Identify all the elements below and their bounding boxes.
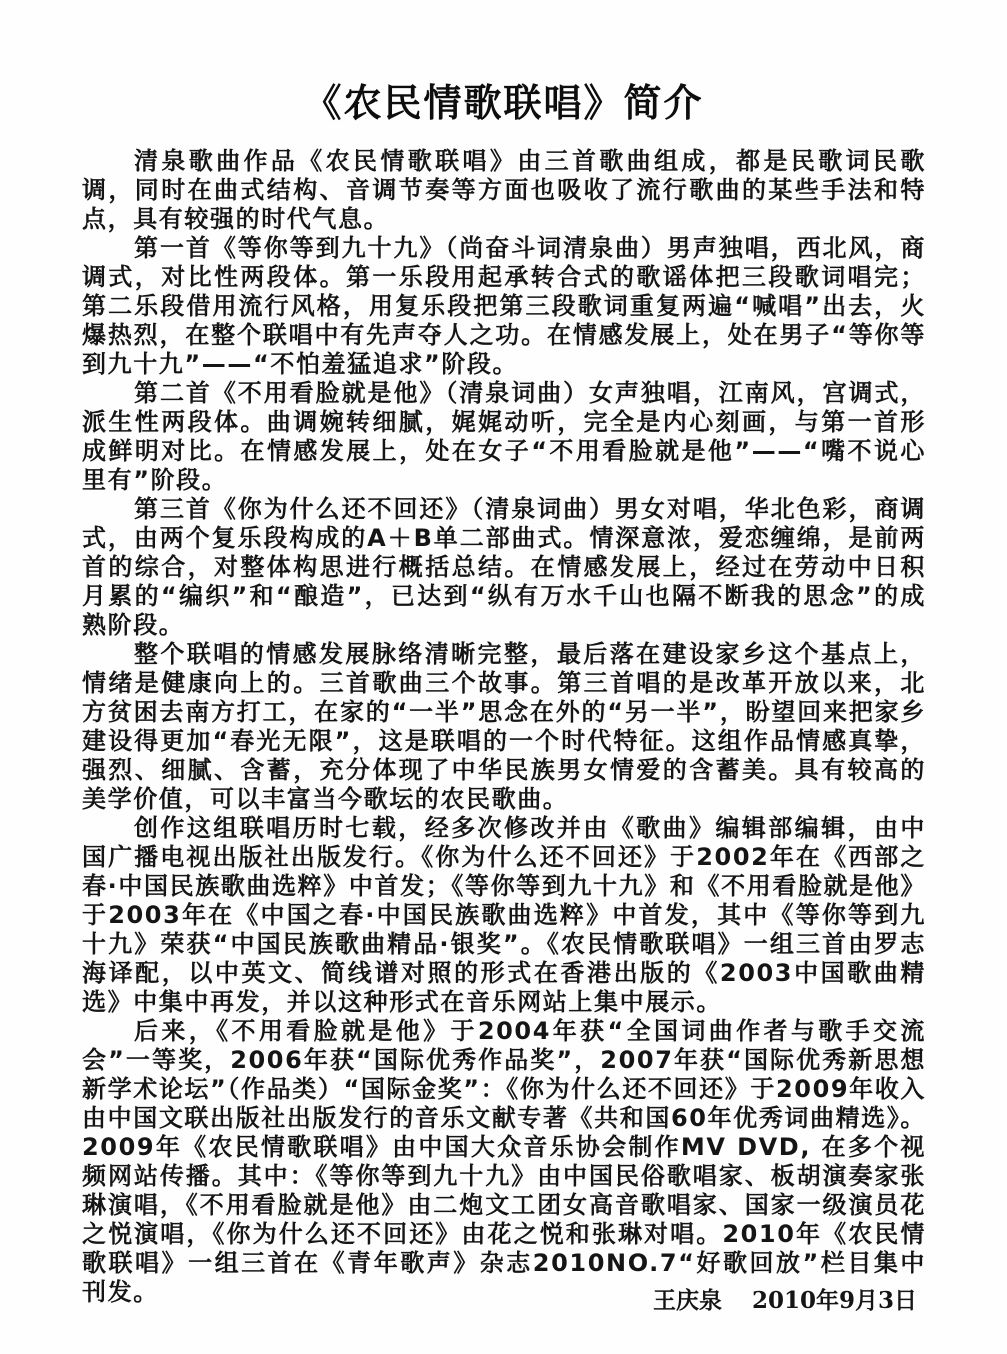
document-body: 清泉歌曲作品《农民情歌联唱》由三首歌曲组成，都是民歌词民歌调，同时在曲式结构、音…: [82, 147, 926, 1307]
paragraph-awards: 后来，《不用看脸就是他》于2004年获“全国词曲作者与歌手交流会”一等奖，200…: [82, 1017, 926, 1307]
paragraph-intro: 清泉歌曲作品《农民情歌联唱》由三首歌曲组成，都是民歌词民歌调，同时在曲式结构、音…: [82, 147, 926, 234]
paragraph-song-three: 第三首《你为什么还不回还》（清泉词曲）男女对唱，华北色彩，商调式，由两个复乐段构…: [82, 495, 926, 640]
signature-date: 2010年9月3日: [752, 1287, 917, 1314]
signature: 王庆泉2010年9月3日: [653, 1286, 917, 1315]
paragraph-song-two: 第二首《不用看脸就是他》（清泉词曲）女声独唱，江南风，宫调式，派生性两段体。曲调…: [82, 379, 926, 495]
document-page: 《农民情歌联唱》简介 清泉歌曲作品《农民情歌联唱》由三首歌曲组成，都是民歌词民歌…: [0, 0, 1007, 1354]
paragraph-publication: 创作这组联唱历时七载，经多次修改并由《歌曲》编辑部编辑，由中国广播电视出版社出版…: [82, 814, 926, 1017]
document-title: 《农民情歌联唱》简介: [0, 78, 1007, 128]
signature-author: 王庆泉: [653, 1287, 722, 1314]
paragraph-emotional-arc: 整个联唱的情感发展脉络清晰完整，最后落在建设家乡这个基点上，情绪是健康向上的。三…: [82, 640, 926, 814]
paragraph-song-one: 第一首《等你等到九十九》（尚奋斗词清泉曲）男声独唱，西北风，商调式，对比性两段体…: [82, 234, 926, 379]
